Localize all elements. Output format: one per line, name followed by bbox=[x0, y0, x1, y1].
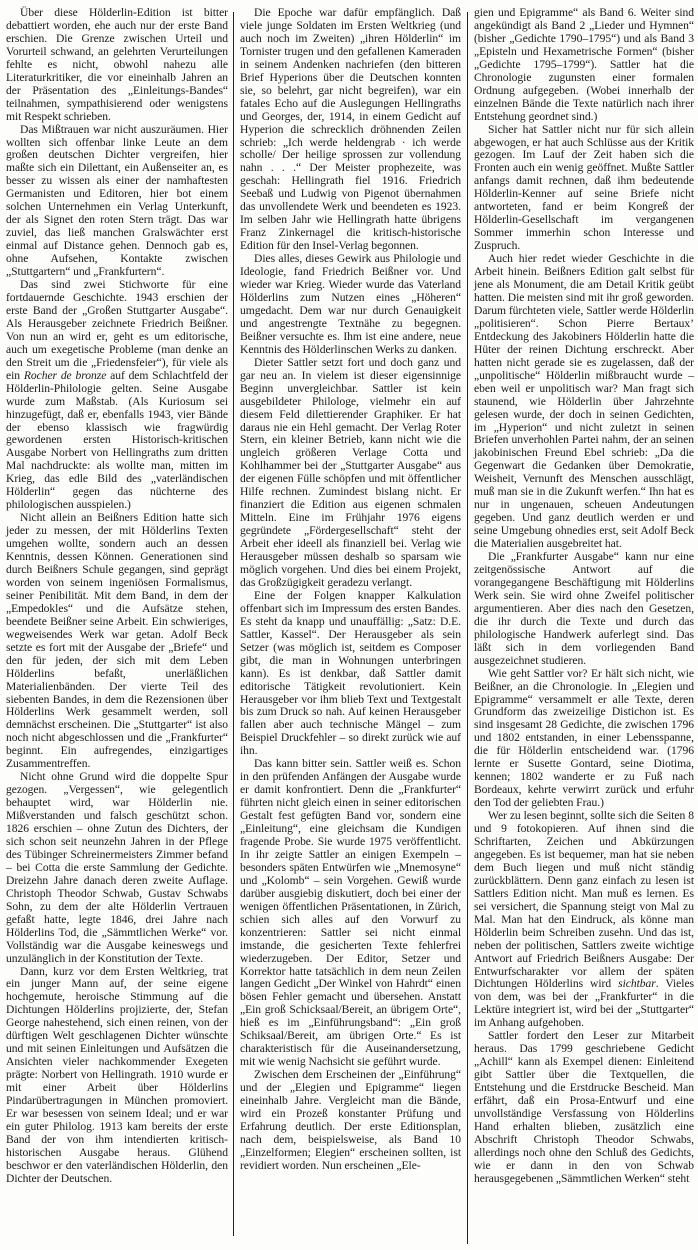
paragraph: Eine der Folgen knapper Kalkulation offe… bbox=[240, 590, 461, 758]
article-column-1: Über diese Hölderlin-Edition ist bitter … bbox=[6, 7, 228, 1186]
article-column-3: gien und Epigramme“ als Band 6. Weiter s… bbox=[474, 7, 694, 1186]
column-divider bbox=[467, 12, 468, 1244]
paragraph: Nicht ohne Grund wird die doppelte Spur … bbox=[6, 771, 228, 965]
paragraph: Wie geht Sattler vor? Er hält sich nicht… bbox=[474, 668, 694, 810]
paragraph: Nicht allein an Beißners Edition hatte s… bbox=[6, 512, 228, 771]
paragraph: Das kann bitter sein. Sattler weiß es. S… bbox=[240, 758, 461, 1069]
column-divider bbox=[233, 12, 234, 1236]
paragraph: Die Epoche war dafür empfänglich. Daß vi… bbox=[240, 7, 461, 253]
italic-text: sichtbar bbox=[618, 977, 656, 990]
paragraph: Über diese Hölderlin-Edition ist bitter … bbox=[6, 7, 228, 124]
paragraph: Sattler fordert den Leser zur Mitarbeit … bbox=[474, 1030, 694, 1185]
paragraph: Das sind zwei Stichworte für eine fortda… bbox=[6, 279, 228, 512]
paragraph: Dann, kurz vor dem Ersten Weltkrieg, tra… bbox=[6, 966, 228, 1186]
paragraph: Zwischen dem Erscheinen der „Einführung“… bbox=[240, 1069, 461, 1173]
paragraph: Dieter Sattler setzt fort und doch ganz … bbox=[240, 357, 461, 590]
paragraph: Das Mißtrauen war nicht auszuräumen. Hie… bbox=[6, 124, 228, 279]
newspaper-page: Über diese Hölderlin-Edition ist bitter … bbox=[0, 0, 698, 1250]
article-column-2: Die Epoche war dafür empfänglich. Daß vi… bbox=[240, 7, 461, 1173]
paragraph: Dies alles, dieses Gewirk aus Philologie… bbox=[240, 253, 461, 357]
italic-text: Rocher de bronze bbox=[24, 369, 106, 382]
paragraph: Auch hier redet wieder Geschichte in die… bbox=[474, 253, 694, 551]
paragraph: Die „Frankfurter Ausgabe“ kann nur eine … bbox=[474, 551, 694, 668]
paragraph: Sicher hat Sattler nicht nur für sich al… bbox=[474, 124, 694, 254]
paragraph: Wer zu lesen beginnt, sollte sich die Se… bbox=[474, 810, 694, 1030]
paragraph: gien und Epigramme“ als Band 6. Weiter s… bbox=[474, 7, 694, 124]
